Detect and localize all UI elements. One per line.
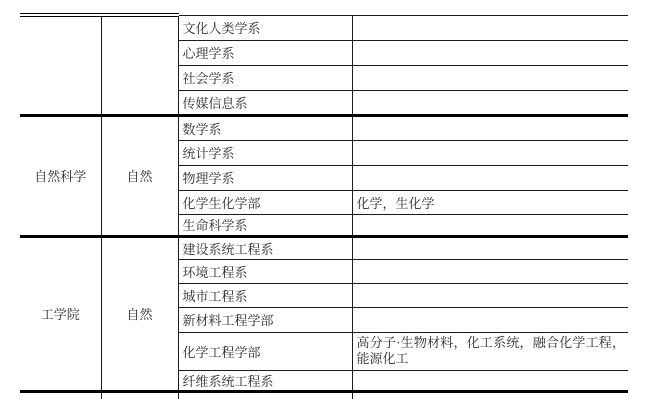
note-cell	[352, 140, 628, 165]
dept-cell: 建设系统工程系	[178, 236, 352, 259]
note-cell	[352, 40, 628, 65]
dept-cell: 环境工程系	[178, 259, 352, 283]
note-cell	[352, 214, 628, 236]
category-cell	[101, 15, 178, 115]
note-cell: 高分子·生物材料，化工系统，融合化学工程，能源化工	[352, 332, 628, 370]
faculty-department-table: 文化人类学系 心理学系 社会学系 传媒信息系 自然科学 自然 数学系	[20, 13, 628, 399]
dept-cell: 心理学系	[178, 40, 352, 65]
note-cell	[352, 15, 628, 40]
dept-cell: 文化人类学系	[178, 15, 352, 40]
note-cell	[352, 391, 628, 399]
dept-cell: 生命科学系	[178, 214, 352, 236]
dept-cell: 城市工程系	[178, 283, 352, 307]
dept-cell: 新材料工程学部	[178, 307, 352, 332]
dept-cell: 传媒信息系	[178, 90, 352, 115]
note-cell	[352, 90, 628, 115]
note-cell: 化学，生化学	[352, 190, 628, 214]
dept-cell: 数学系	[178, 115, 352, 140]
note-cell	[352, 115, 628, 140]
category-cell	[101, 391, 178, 399]
dept-cell: 物理学系	[178, 165, 352, 190]
note-cell	[352, 370, 628, 391]
group-cell: 工学院	[20, 236, 101, 391]
note-cell	[352, 165, 628, 190]
dept-cell: 纤维系统工程系	[178, 370, 352, 391]
category-cell: 自然	[101, 236, 178, 391]
note-cell	[352, 259, 628, 283]
document-page: 文化人类学系 心理学系 社会学系 传媒信息系 自然科学 自然 数学系	[0, 0, 646, 402]
dept-cell	[178, 391, 352, 399]
dept-cell: 统计学系	[178, 140, 352, 165]
note-cell	[352, 283, 628, 307]
category-cell: 自然	[101, 115, 178, 236]
note-cell	[352, 236, 628, 259]
note-cell	[352, 65, 628, 90]
partial-next-section-row	[20, 391, 628, 399]
dept-cell: 化学工程学部	[178, 332, 352, 370]
group-cell	[20, 15, 101, 115]
dept-cell: 社会学系	[178, 65, 352, 90]
group-cell: 自然科学	[20, 115, 101, 236]
group-cell	[20, 391, 101, 399]
dept-cell: 化学生化学部	[178, 190, 352, 214]
note-cell	[352, 307, 628, 332]
